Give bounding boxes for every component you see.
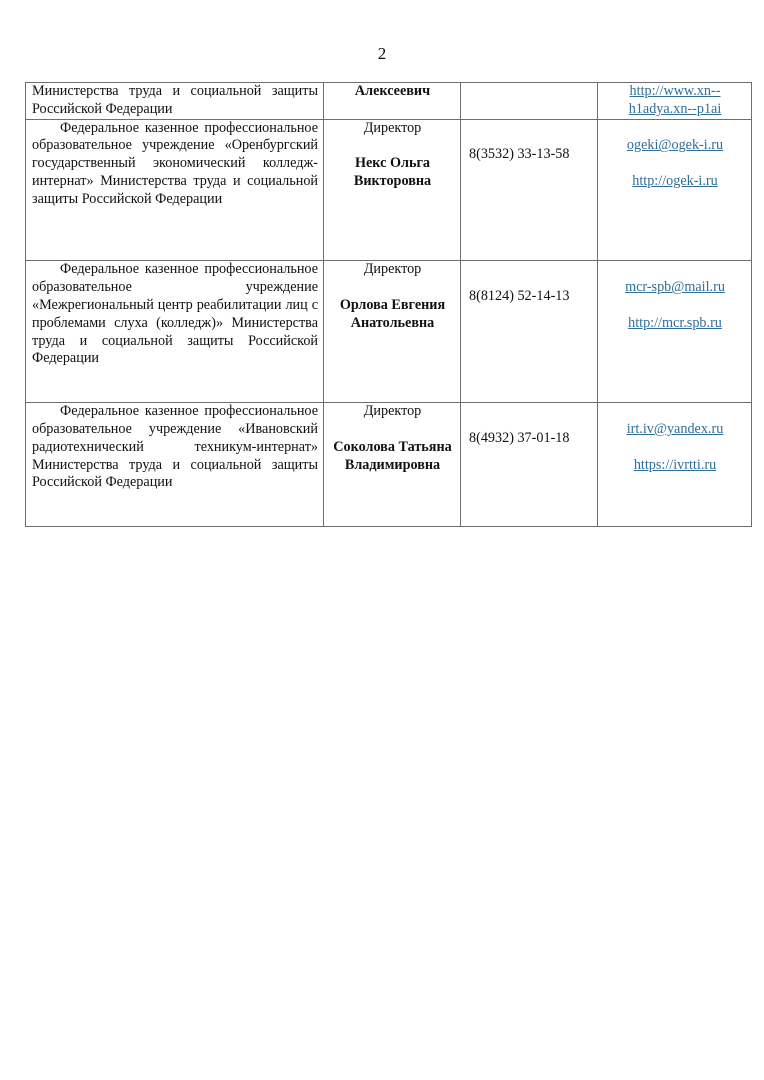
organization-cell: Министерства труда и социальной защиты Р… [26, 83, 324, 120]
head-position: Директор [330, 120, 455, 138]
contacts-table: Министерства труда и социальной защиты Р… [25, 82, 752, 527]
phone-number: 8(8124) 52-14-13 [467, 288, 592, 306]
website-link-line2: h1adya.xn--p1ai [604, 101, 746, 119]
head-cell: Директор Соколова Татьяна Владимировна [324, 403, 461, 527]
phone-number: 8(4932) 37-01-18 [467, 430, 592, 448]
phone-number: 8(3532) 33-13-58 [467, 146, 592, 164]
table-row: Федеральное казенное профессиональное об… [26, 261, 752, 403]
organization-name: Министерства труда и социальной защиты Р… [32, 83, 318, 117]
organization-name: Федеральное казенное профессиональное об… [32, 120, 318, 207]
table-row: Федеральное казенное профессиональное об… [26, 119, 752, 261]
phone-cell: 8(3532) 33-13-58 [461, 119, 598, 261]
head-cell: Директор Некс Ольга Викторовна [324, 119, 461, 261]
email-link[interactable]: irt.iv@yandex.ru [604, 421, 746, 439]
web-cell: irt.iv@yandex.ru https://ivrtti.ru [598, 403, 752, 527]
head-position: Директор [330, 403, 455, 421]
email-link[interactable]: mcr-spb@mail.ru [604, 279, 746, 297]
website-link[interactable]: http://ogek-i.ru [604, 173, 746, 191]
website-link[interactable]: https://ivrtti.ru [604, 457, 746, 475]
website-link-line1: http://www.xn-- [604, 83, 746, 101]
head-position: Директор [330, 261, 455, 279]
organization-cell: Федеральное казенное профессиональное об… [26, 403, 324, 527]
head-cell: Алексеевич [324, 83, 461, 120]
table-row: Министерства труда и социальной защиты Р… [26, 83, 752, 120]
web-cell: ogeki@ogek-i.ru http://ogek-i.ru [598, 119, 752, 261]
head-name: Соколова Татьяна Владимировна [330, 439, 455, 475]
table-row: Федеральное казенное профессиональное об… [26, 403, 752, 527]
head-name: Алексеевич [330, 83, 455, 101]
page-number: 2 [0, 44, 764, 64]
email-link[interactable]: ogeki@ogek-i.ru [604, 137, 746, 155]
website-link[interactable]: http://mcr.spb.ru [604, 315, 746, 333]
organization-name: Федеральное казенное профессиональное об… [32, 403, 318, 490]
web-cell: http://www.xn-- h1adya.xn--p1ai [598, 83, 752, 120]
organization-cell: Федеральное казенное профессиональное об… [26, 261, 324, 403]
head-cell: Директор Орлова Евгения Анатольевна [324, 261, 461, 403]
phone-cell [461, 83, 598, 120]
phone-cell: 8(8124) 52-14-13 [461, 261, 598, 403]
head-name: Орлова Евгения Анатольевна [330, 297, 455, 333]
phone-cell: 8(4932) 37-01-18 [461, 403, 598, 527]
website-link[interactable]: http://www.xn-- h1adya.xn--p1ai [604, 83, 746, 119]
head-name: Некс Ольга Викторовна [330, 155, 455, 191]
organization-cell: Федеральное казенное профессиональное об… [26, 119, 324, 261]
web-cell: mcr-spb@mail.ru http://mcr.spb.ru [598, 261, 752, 403]
organization-name: Федеральное казенное профессиональное об… [32, 261, 318, 366]
